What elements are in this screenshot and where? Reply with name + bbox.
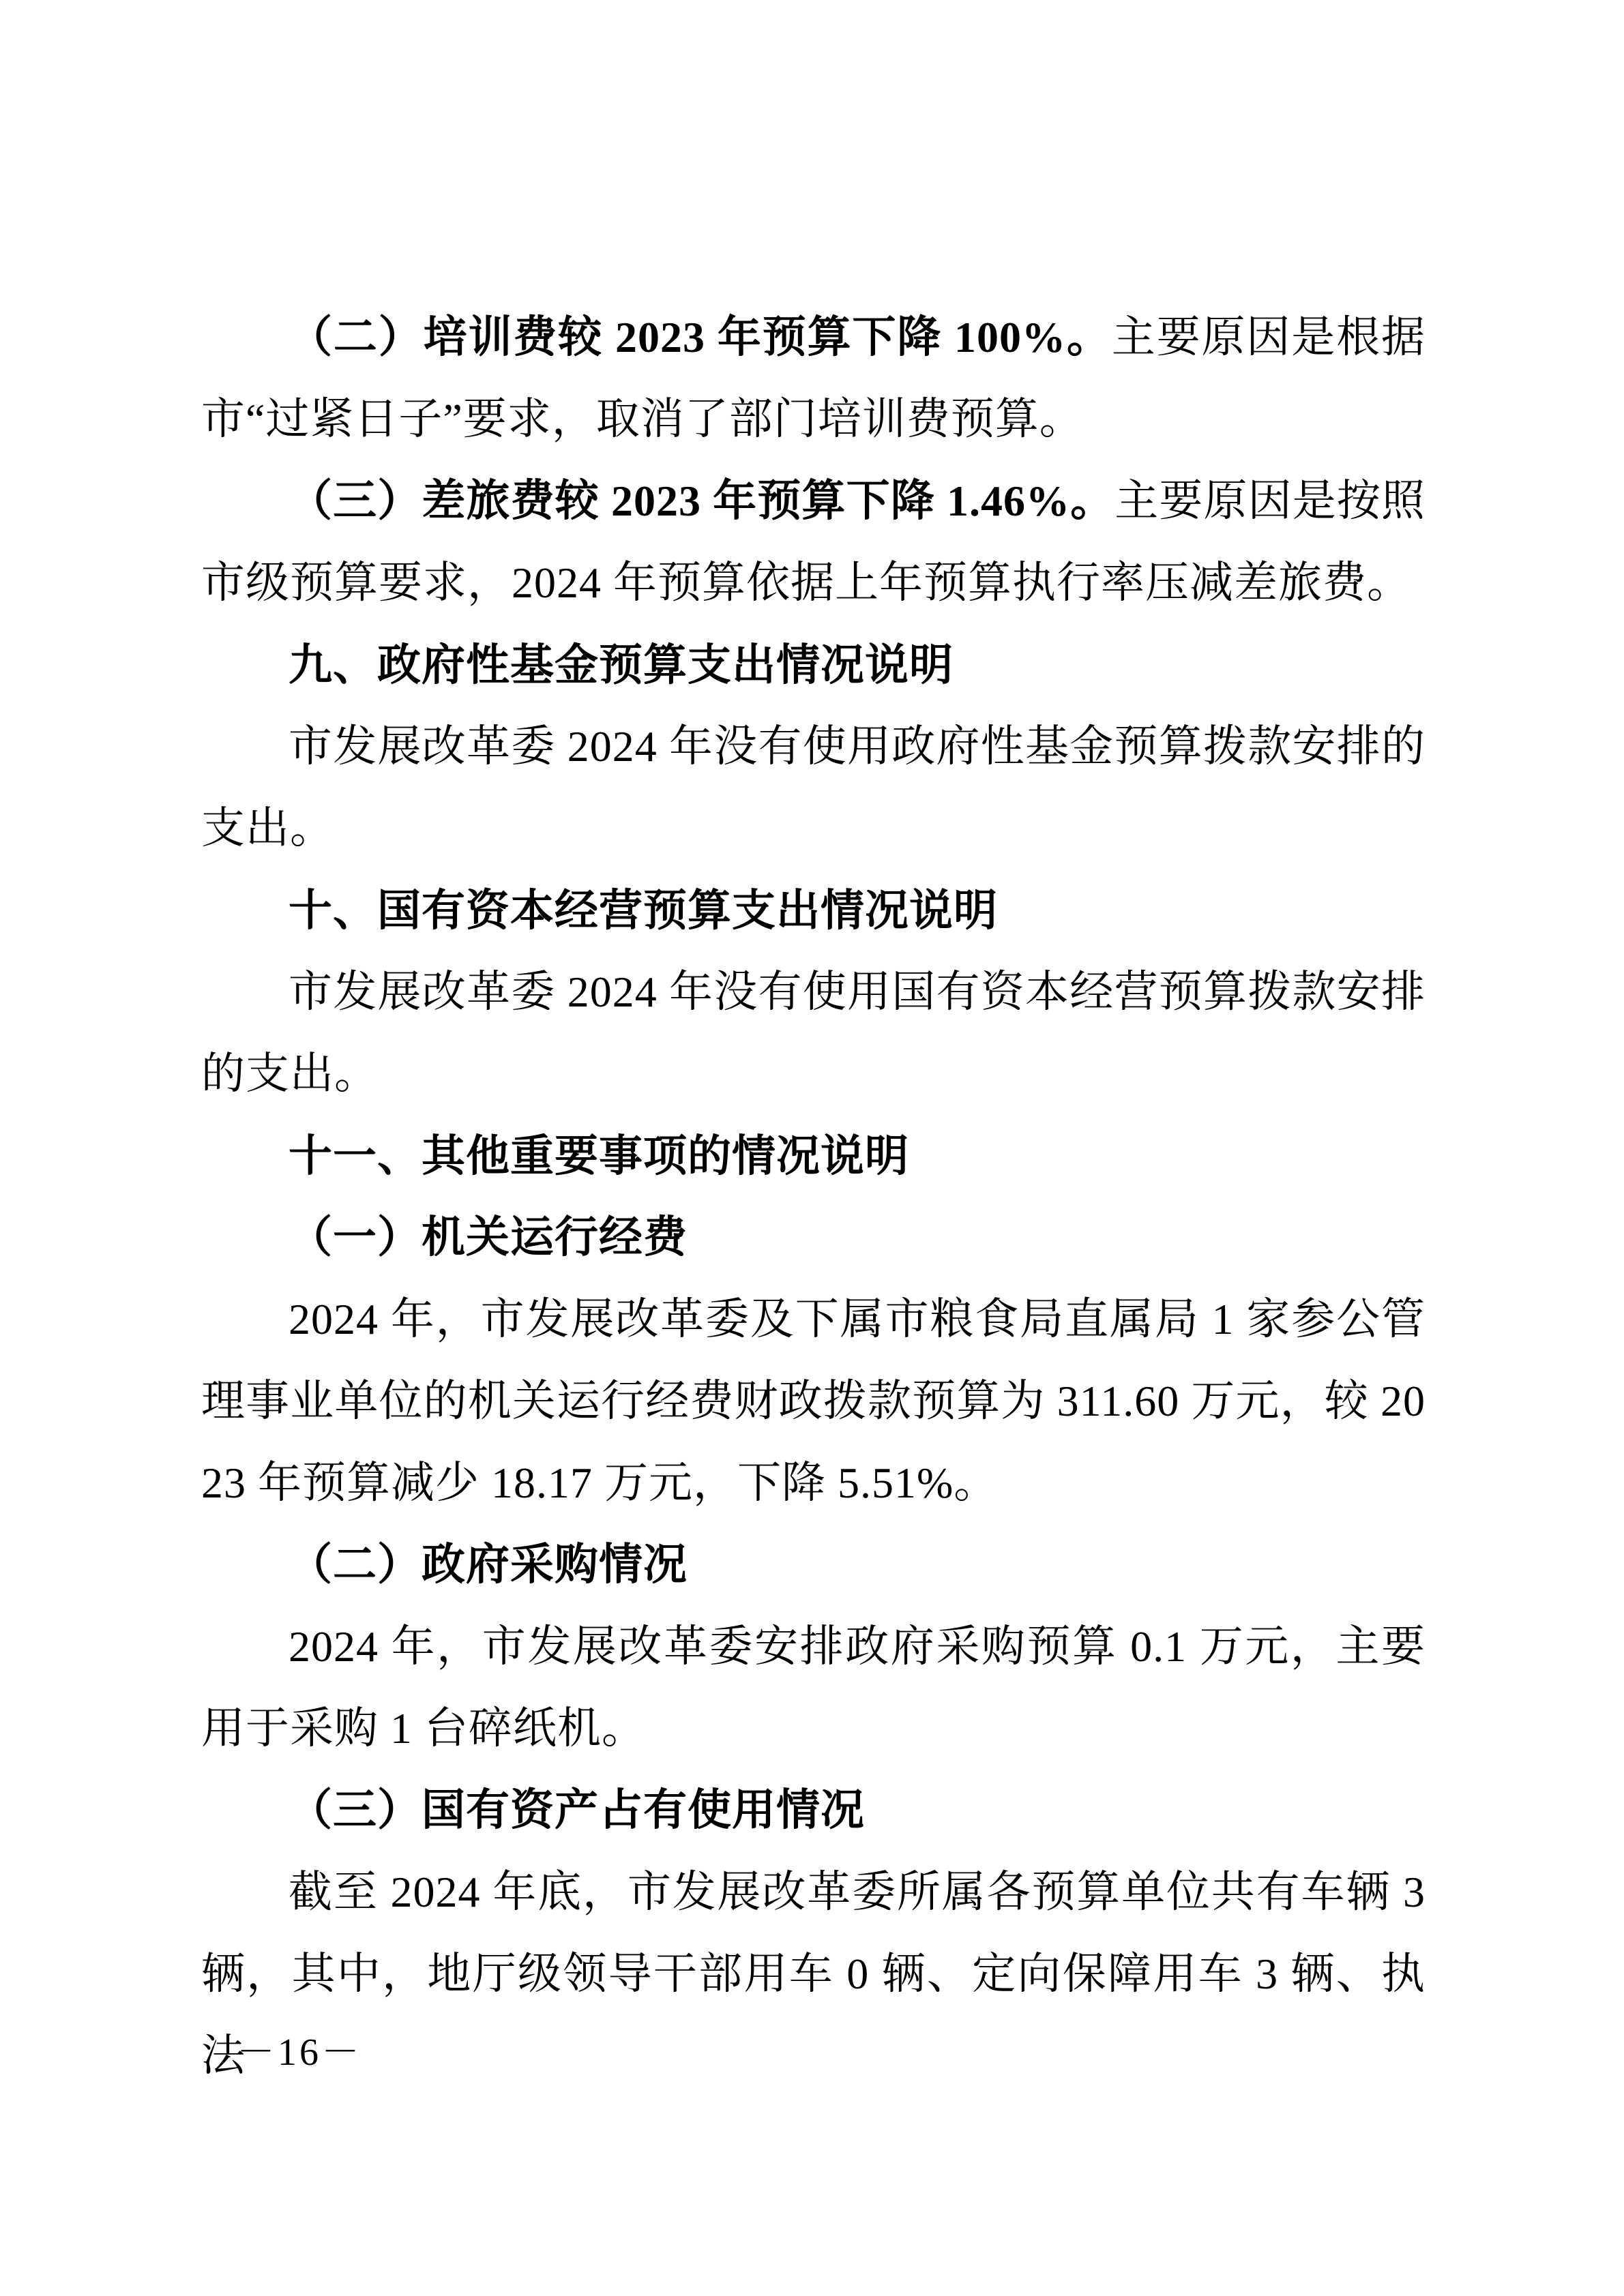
heading-section-9: 九、政府性基金预算支出情况说明 (201, 624, 1426, 706)
paragraph-travel-fee: （三）差旅费较 2023 年预算下降 1.46%。主要原因是按照市级预算要求，2… (201, 460, 1426, 624)
heading-section-11: 十一、其他重要事项的情况说明 (201, 1115, 1426, 1197)
heading-section-10: 十、国有资本经营预算支出情况说明 (201, 869, 1426, 951)
paragraph-travel-fee-lead: （三）差旅费较 2023 年预算下降 1.46%。 (289, 477, 1114, 525)
heading-government-procurement: （二）政府采购情况 (201, 1524, 1426, 1606)
document-page: （二）培训费较 2023 年预算下降 100%。主要原因是根据市“过紧日子”要求… (0, 0, 1624, 2296)
paragraph-operating-expenses: 2024 年，市发展改革委及下属市粮食局直属局 1 家参公管理事业单位的机关运行… (201, 1279, 1426, 1524)
document-body: （二）培训费较 2023 年预算下降 100%。主要原因是根据市“过紧日子”要求… (201, 297, 1426, 2097)
paragraph-training-fee: （二）培训费较 2023 年预算下降 100%。主要原因是根据市“过紧日子”要求… (201, 297, 1426, 460)
paragraph-state-assets: 截至 2024 年底，市发展改革委所属各预算单位共有车辆 3 辆，其中，地厅级领… (201, 1851, 1426, 2097)
paragraph-government-procurement: 2024 年，市发展改革委安排政府采购预算 0.1 万元，主要用于采购 1 台碎… (201, 1606, 1426, 1770)
paragraph-section-10: 市发展改革委 2024 年没有使用国有资本经营预算拨款安排的支出。 (201, 951, 1426, 1115)
page-number: －16－ (237, 2029, 362, 2076)
paragraph-section-9: 市发展改革委 2024 年没有使用政府性基金预算拨款安排的支出。 (201, 706, 1426, 869)
heading-state-assets: （三）国有资产占有使用情况 (201, 1770, 1426, 1851)
heading-operating-expenses: （一）机关运行经费 (201, 1197, 1426, 1279)
paragraph-training-fee-lead: （二）培训费较 2023 年预算下降 100%。 (289, 313, 1112, 361)
